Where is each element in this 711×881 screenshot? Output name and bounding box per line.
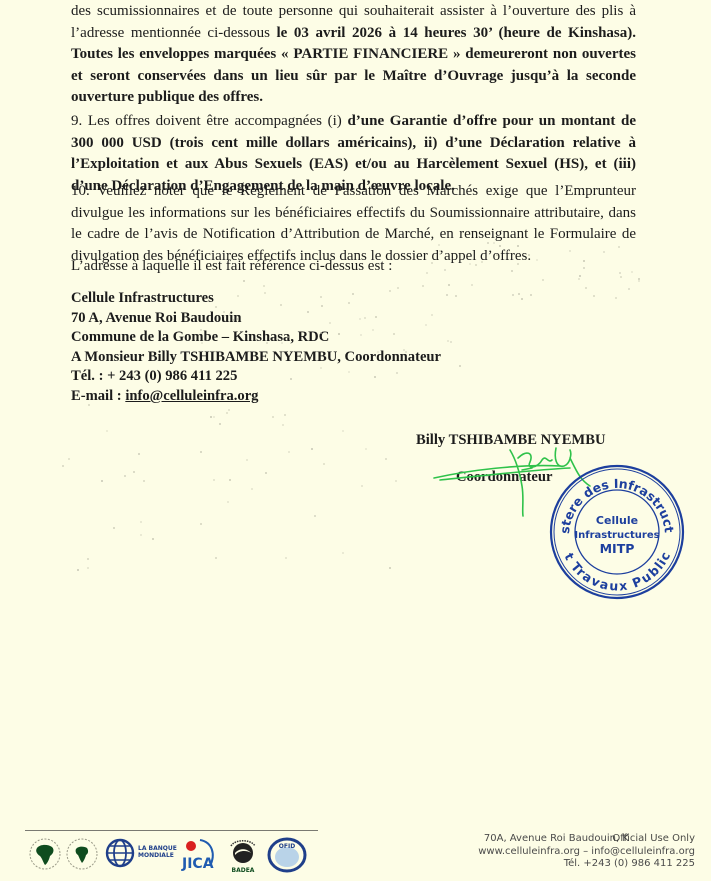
footer-contact: 70A, Avenue Roi Baudouin, Kinshasa, RDC …: [478, 833, 695, 871]
address-intro: L’adresse à laquelle il est fait référen…: [71, 256, 636, 278]
email-link[interactable]: info@celluleinfra.org: [125, 388, 258, 404]
footer-web-email: www.celluleinfra.org – info@celluleinfra…: [478, 846, 695, 859]
opec-fund-logo-icon: OFID: [266, 836, 308, 874]
stamp-center-line-1: Cellule: [596, 514, 638, 527]
stamp-center-line-2: Infrastructures: [574, 530, 659, 541]
address-city: Commune de la Gombe – Kinshasa, RDC: [71, 328, 441, 348]
jica-logo-text: JICA: [181, 856, 214, 872]
paragraph-text: 9. Les offres doivent être accompagnées …: [71, 113, 347, 129]
footer-street: 70A, Avenue Roi Baudouin, K: [484, 833, 629, 844]
badea-logo-icon: BADEA: [225, 836, 261, 874]
paragraph-8-continued: des scumissionnaires et de toute personn…: [71, 1, 636, 109]
address-attention: A Monsieur Billy TSHIBAMBE NYEMBU, Coord…: [71, 348, 441, 368]
partner-logos: LA BANQUE MONDIALE JICA BADEA OFID: [28, 836, 318, 874]
african-development-bank-logo-2-icon: [65, 836, 99, 872]
opec-fund-logo-text: OFID: [279, 843, 295, 850]
address-block: Cellule Infrastructures 70 A, Avenue Roi…: [71, 289, 441, 407]
african-development-bank-logo-1-icon: [28, 836, 62, 872]
paragraph-10: 10. Veuillez noter que le Règlement de P…: [71, 181, 636, 267]
badea-logo-text: BADEA: [232, 867, 255, 874]
world-bank-label-line-1: LA BANQUE: [138, 845, 177, 852]
address-phone: Tél. : + 243 (0) 986 411 225: [71, 367, 441, 387]
address-email-line: E-mail : info@celluleinfra.org: [71, 387, 441, 407]
footer-address-line-1: 70A, Avenue Roi Baudouin, Kinshasa, RDC …: [478, 833, 695, 846]
document-page: des scumissionnaires et de toute personn…: [0, 0, 711, 881]
jica-logo-icon: JICA: [178, 836, 218, 872]
world-bank-label: LA BANQUE MONDIALE: [138, 845, 177, 859]
stamp-center-line-3: MITP: [600, 541, 635, 556]
footer-divider: [25, 830, 318, 831]
official-stamp-icon: Ministere des Infrastructures et Travaux…: [547, 462, 687, 602]
address-org: Cellule Infrastructures: [71, 289, 441, 309]
address-street: 70 A, Avenue Roi Baudouin: [71, 309, 441, 329]
world-bank-globe-icon: [104, 836, 136, 870]
official-use-label: Official Use Only: [612, 833, 695, 846]
world-bank-label-line-2: MONDIALE: [138, 852, 177, 859]
email-label: E-mail :: [71, 388, 125, 404]
footer-phone: Tél. +243 (0) 986 411 225: [478, 858, 695, 871]
